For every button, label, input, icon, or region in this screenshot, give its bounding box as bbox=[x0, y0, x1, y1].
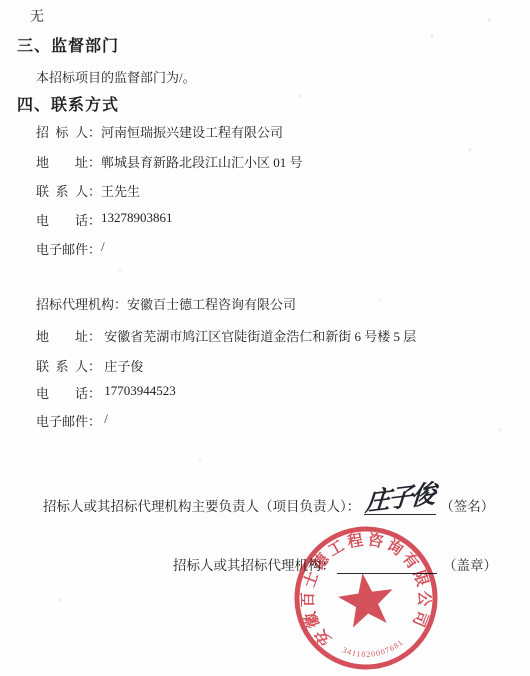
seal-number: 3411020007681 bbox=[340, 637, 407, 663]
section3-heading: 三、监督部门 bbox=[17, 33, 119, 56]
row-value: 庄子俊 bbox=[101, 356, 143, 375]
svg-text:3411020007681: 3411020007681 bbox=[340, 637, 407, 663]
row-value: 河南恒瑞振兴建设工程有限公司 bbox=[101, 122, 283, 141]
tenderer-contact-row: 联 系 人：王先生 bbox=[36, 181, 140, 200]
tenderer-address-row: 地 址：郸城县育新路北段江山汇小区 01 号 bbox=[36, 152, 303, 171]
document-page: 无 三、监督部门 本招标项目的监督部门为/。 四、联系方式 招 标 人：河南恒瑞… bbox=[0, 0, 530, 676]
row-label: 地 址： bbox=[36, 326, 101, 345]
row-label: 招标代理机构： bbox=[36, 294, 127, 313]
seal-line-suffix: （盖章） bbox=[443, 554, 497, 574]
section3-body: 本招标项目的监督部门为/。 bbox=[36, 67, 196, 86]
seal-line-label: 招标人或其招标代理机构： bbox=[173, 554, 335, 574]
row-label: 联 系 人： bbox=[36, 181, 101, 200]
row-label: 地 址： bbox=[36, 152, 101, 171]
row-value: / bbox=[101, 411, 108, 430]
agency-address-row: 地 址： 安徽省芜湖市鸠江区官陡街道金浩仁和新街 6 号楼 5 层 bbox=[36, 326, 416, 345]
section4-heading: 四、联系方式 bbox=[17, 92, 119, 115]
agency-email-row: 电子邮件： / bbox=[36, 411, 108, 430]
row-value: 安徽省芜湖市鸠江区官陡街道金浩仁和新街 6 号楼 5 层 bbox=[101, 326, 416, 345]
row-value: / bbox=[101, 239, 105, 258]
signature-label: 招标人或其招标代理机构主要负责人（项目负责人）： bbox=[43, 495, 360, 515]
seal-slot bbox=[337, 553, 437, 574]
top-note: 无 bbox=[30, 6, 44, 26]
tenderer-email-row: 电子邮件：/ bbox=[36, 239, 105, 258]
signature-line: 招标人或其招标代理机构主要负责人（项目负责人）： 庄子俊 （签名） bbox=[43, 490, 494, 515]
row-label: 电子邮件： bbox=[36, 239, 101, 258]
agency-contact-row: 联 系 人： 庄子俊 bbox=[36, 356, 143, 375]
signature-slot: 庄子俊 bbox=[364, 490, 436, 515]
row-label: 联 系 人： bbox=[36, 356, 101, 375]
row-label: 电子邮件： bbox=[36, 411, 101, 430]
row-label: 电 话： bbox=[36, 210, 101, 229]
row-value: 王先生 bbox=[101, 181, 140, 200]
company-seal-stamp: 安徽百士德工程咨询有限公司 3411020007681 bbox=[280, 512, 452, 676]
row-value: 17703944523 bbox=[101, 383, 176, 402]
row-label: 招 标 人： bbox=[36, 122, 101, 141]
svg-text:安徽百士德工程咨询有限公司: 安徽百士德工程咨询有限公司 bbox=[290, 521, 441, 652]
handwritten-signature: 庄子俊 bbox=[364, 474, 436, 519]
seal-line: 招标人或其招标代理机构： （盖章） bbox=[173, 553, 497, 574]
row-value: 13278903861 bbox=[101, 210, 173, 229]
seal-star-icon bbox=[335, 569, 397, 629]
tenderer-phone-row: 电 话：13278903861 bbox=[36, 210, 173, 229]
seal-border bbox=[288, 520, 444, 676]
tenderer-name-row: 招 标 人：河南恒瑞振兴建设工程有限公司 bbox=[36, 122, 283, 141]
row-value: 安徽百士德工程咨询有限公司 bbox=[127, 294, 296, 313]
agency-phone-row: 电 话： 17703944523 bbox=[36, 383, 176, 402]
signature-suffix: （签名） bbox=[440, 495, 494, 515]
seal-ring-text: 安徽百士德工程咨询有限公司 bbox=[290, 521, 441, 652]
agency-name-row: 招标代理机构：安徽百士德工程咨询有限公司 bbox=[36, 294, 296, 313]
row-label: 电 话： bbox=[36, 383, 101, 402]
row-value: 郸城县育新路北段江山汇小区 01 号 bbox=[101, 152, 303, 171]
